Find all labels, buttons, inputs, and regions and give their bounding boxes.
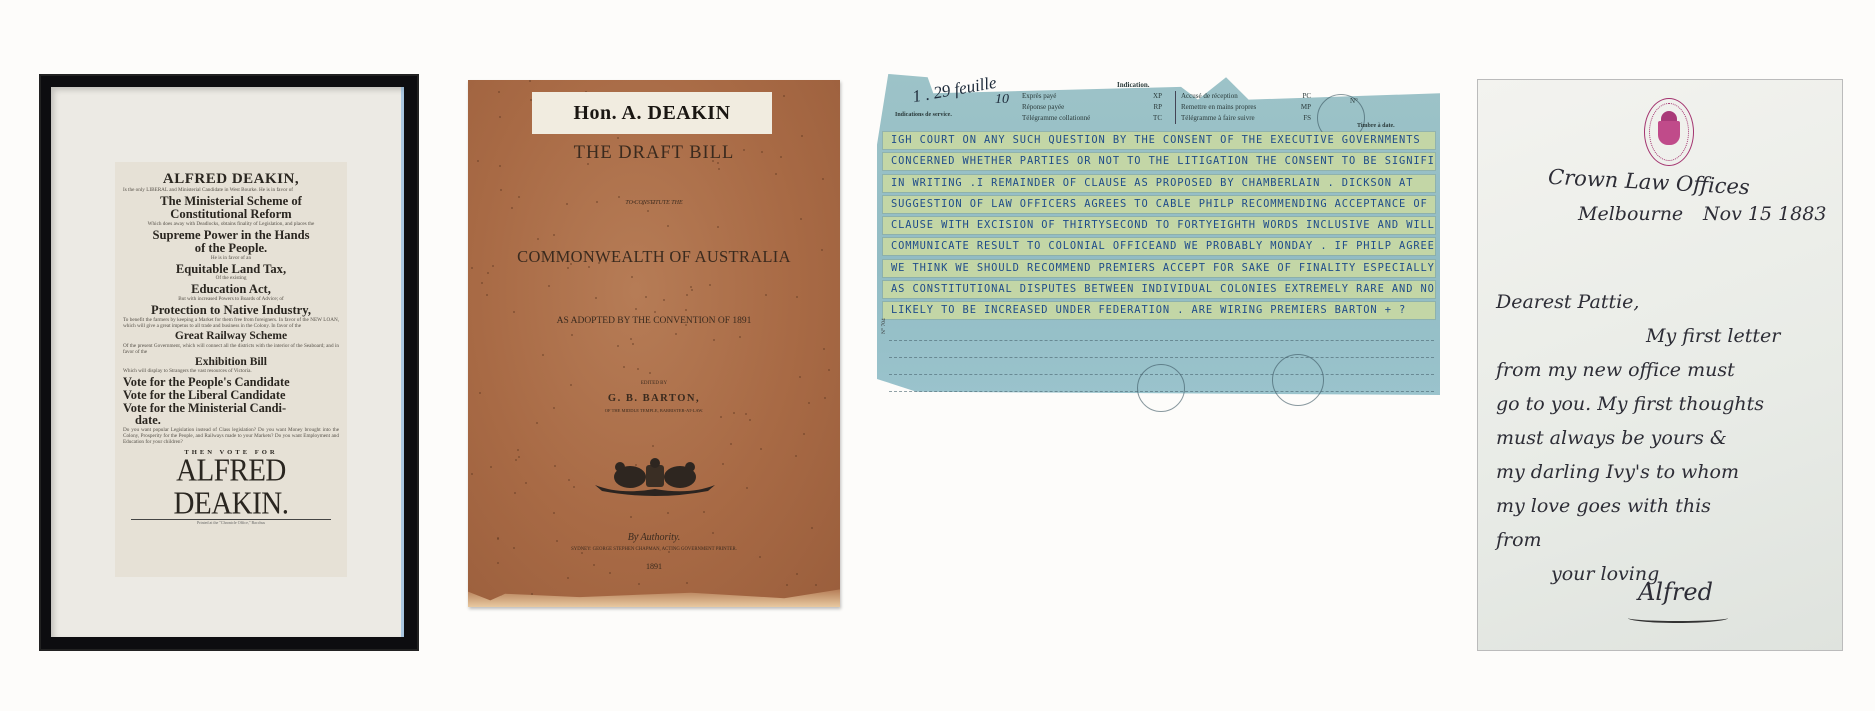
telegram-tape-line: LIKELY TO BE INCREASED UNDER FEDERATION … xyxy=(883,302,1435,319)
letterhead-city: Melbourne xyxy=(1578,203,1683,225)
telegram-tape-line: IN WRITING .I REMAINDER OF CLAUSE AS PRO… xyxy=(883,175,1435,192)
handwritten-letter: Crown Law Offices Melbourne Nov 15 1883 … xyxy=(1478,80,1842,650)
poster-questions: Do you want popular Legislation instead … xyxy=(123,428,339,446)
letter-body: Dearest Pattie, My first letter from my … xyxy=(1496,285,1836,591)
letter-salutation: Dearest Pattie, xyxy=(1496,285,1836,319)
poster-scheme-line2: Constitutional Reform xyxy=(121,208,341,221)
booklet-authority: By Authority. xyxy=(468,532,840,543)
telegram-side-number: N° 704 xyxy=(881,318,887,334)
booklet-editor: G. B. BARTON, xyxy=(468,393,840,404)
poster-railway-note: Of the present Government, which will co… xyxy=(123,344,339,356)
telegram-message: IGH COURT ON ANY SUCH QUESTION BY THE CO… xyxy=(883,132,1435,324)
letter-line: my darling Ivy's to whom xyxy=(1496,455,1836,489)
telegram-tape-line: AS CONSTITUTIONAL DISPUTES BETWEEN INDIV… xyxy=(883,281,1435,298)
poster-vote-3b: date. xyxy=(121,414,341,427)
booklet-year: 1891 xyxy=(468,562,840,571)
poster-heading: ALFRED DEAKIN, xyxy=(121,172,341,187)
telegram-indication-label: Indication. xyxy=(1117,81,1149,89)
framed-election-poster: ALFRED DEAKIN, Is the only LIBERAL and M… xyxy=(39,74,419,651)
poster-final-name: ALFRED DEAKIN. xyxy=(121,455,341,520)
telegram-option: Accusé de réceptionPC xyxy=(1181,91,1311,102)
telegram-option: Exprès payéXP xyxy=(1022,91,1162,102)
poster-vote-2: Vote for the Liberal Candidate xyxy=(121,389,341,402)
telegram-option: Réponse payéeRP xyxy=(1022,102,1162,113)
postmark-icon xyxy=(1272,354,1324,406)
letter-line: must always be yours & xyxy=(1496,421,1836,455)
booklet-title: THE DRAFT BILL xyxy=(468,143,840,164)
booklet-main-title: COMMONWEALTH OF AUSTRALIA xyxy=(468,247,840,267)
booklet-printer: SYDNEY: GEORGE STEPHEN CHAPMAN, ACTING G… xyxy=(468,547,840,552)
booklet-worn-edge xyxy=(468,585,840,607)
letter-date: Nov 15 1883 xyxy=(1703,203,1826,225)
draft-bill-booklet: Hon. A. DEAKIN THE DRAFT BILL TO CONSTIT… xyxy=(468,80,840,607)
poster-protection-note: To benefit the farmers by keeping a Mark… xyxy=(123,318,339,330)
booklet-edited-by: EDITED BY xyxy=(468,381,840,386)
telegram-option: Télégramme collationnéTC xyxy=(1022,113,1162,124)
telegram-service-label: Indications de service. xyxy=(895,112,952,118)
letter-line: go to you. My first thoughts xyxy=(1496,387,1836,421)
poster-railway: Great Railway Scheme xyxy=(121,331,341,343)
letter-signature: Alfred xyxy=(1638,578,1713,606)
telegram-tape-line: CLAUSE WITH EXCISION OF THIRTYSECOND TO … xyxy=(883,217,1435,234)
poster-exhibition: Exhibition Bill xyxy=(121,357,341,369)
poster-mat: ALFRED DEAKIN, Is the only LIBERAL and M… xyxy=(51,87,404,637)
telegram-tape-line: IGH COURT ON ANY SUCH QUESTION BY THE CO… xyxy=(883,132,1435,149)
poster-education-act: Education Act, xyxy=(121,283,341,296)
telegram-options-left: Exprès payéXP Réponse payéeRP Télégramme… xyxy=(1022,91,1162,124)
telegram-handwritten-number: 10 xyxy=(995,92,1009,108)
signature-flourish xyxy=(1628,613,1728,623)
telegram: 1 . 29 feuille 10 Indications de service… xyxy=(877,74,1440,395)
telegram-tape-line: CONCERNED WHETHER PARTIES OR NOT TO THE … xyxy=(883,153,1435,170)
letterhead-office: Crown Law Offices xyxy=(1548,165,1751,200)
telegram-tape-line: SUGGESTION OF LAW OFFICERS AGREES TO CAB… xyxy=(883,196,1435,213)
telegram-option: Remettre en mains propresMP xyxy=(1181,102,1311,113)
booklet-editor-note: OF THE MIDDLE TEMPLE, BARRISTER-AT-LAW. xyxy=(468,408,840,413)
letter-line: My first letter xyxy=(1496,319,1836,353)
poster-power-line1: Supreme Power in the Hands xyxy=(121,229,341,242)
letter-line: from xyxy=(1496,523,1836,557)
booklet-subtitle: TO CONSTITUTE THE xyxy=(468,200,840,206)
booklet-name-label: Hon. A. DEAKIN xyxy=(532,92,772,134)
crown-law-seal-icon xyxy=(1644,98,1694,166)
coat-of-arms-icon xyxy=(590,455,720,497)
telegram-options-right: Accusé de réceptionPC Remettre en mains … xyxy=(1175,91,1311,124)
letter-line: from my new office must xyxy=(1496,353,1836,387)
poster-land-intro: He is in favor of an xyxy=(123,256,339,262)
booklet-adopted: AS ADOPTED BY THE CONVENTION OF 1891 xyxy=(468,316,840,326)
postmark-icon xyxy=(1137,364,1185,412)
poster-power-line2: of the People. xyxy=(121,242,341,255)
telegram-tape-line: COMMUNICATE RESULT TO COLONIAL OFFICEAND… xyxy=(883,238,1435,255)
election-poster: ALFRED DEAKIN, Is the only LIBERAL and M… xyxy=(115,162,347,577)
poster-land-tax: Equitable Land Tax, xyxy=(121,263,341,276)
telegram-timbre-label: Timbre à date. xyxy=(1357,123,1395,129)
letter-line: my love goes with this xyxy=(1496,489,1836,523)
poster-protection: Protection to Native Industry, xyxy=(121,304,341,317)
telegram-option: Télégramme à faire suivreFS xyxy=(1181,113,1311,124)
telegram-number-label: N° xyxy=(1350,97,1358,105)
telegram-tape-line: WE THINK WE SHOULD RECOMMEND PREMIERS AC… xyxy=(883,260,1435,277)
poster-imprint: Printed at the "Chronicle Office," Bacch… xyxy=(121,521,341,525)
